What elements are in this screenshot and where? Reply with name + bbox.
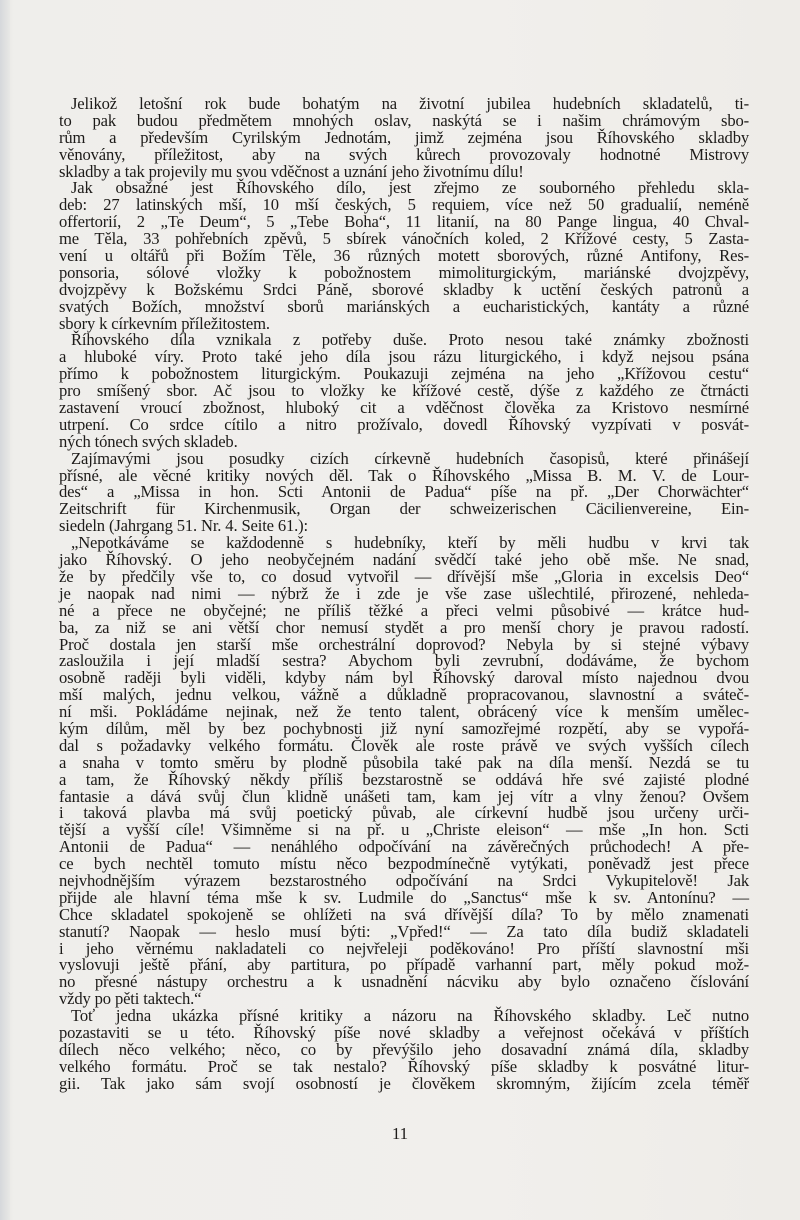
page-number: 11	[0, 1124, 800, 1144]
text-line: gii. Tak jako sám svojí osobností je člo…	[59, 1076, 749, 1093]
scanned-page: Jelikož letošní rok bude bohatým na živo…	[0, 0, 800, 1220]
text-line: a tam, že Říhovský někdy příliš bezstaro…	[59, 772, 749, 789]
text-line: stanutí? Naopak — heslo musí býti: „Vpře…	[59, 924, 749, 941]
body-text: Jelikož letošní rok bude bohatým na živo…	[59, 96, 749, 1093]
paragraph-3: Říhovského díla vznikala z potřeby duše.…	[59, 332, 749, 450]
paragraph-4: Zajímavými jsou posudky cizích církevně …	[59, 451, 749, 535]
page-edge-shadow	[0, 0, 10, 1220]
paragraph-6: Toť jedna ukázka přísné kritiky a názoru…	[59, 1008, 749, 1092]
paragraph-2: Jak obsažné jest Říhovského dílo, jest z…	[59, 180, 749, 332]
text-line: ba, za niž se ani větší chor nemusí styd…	[59, 620, 749, 637]
quotation-paragraph: „Nepotkáváme se každodenně s hudebníky, …	[59, 535, 749, 1008]
paragraph-1: Jelikož letošní rok bude bohatým na živo…	[59, 96, 749, 180]
